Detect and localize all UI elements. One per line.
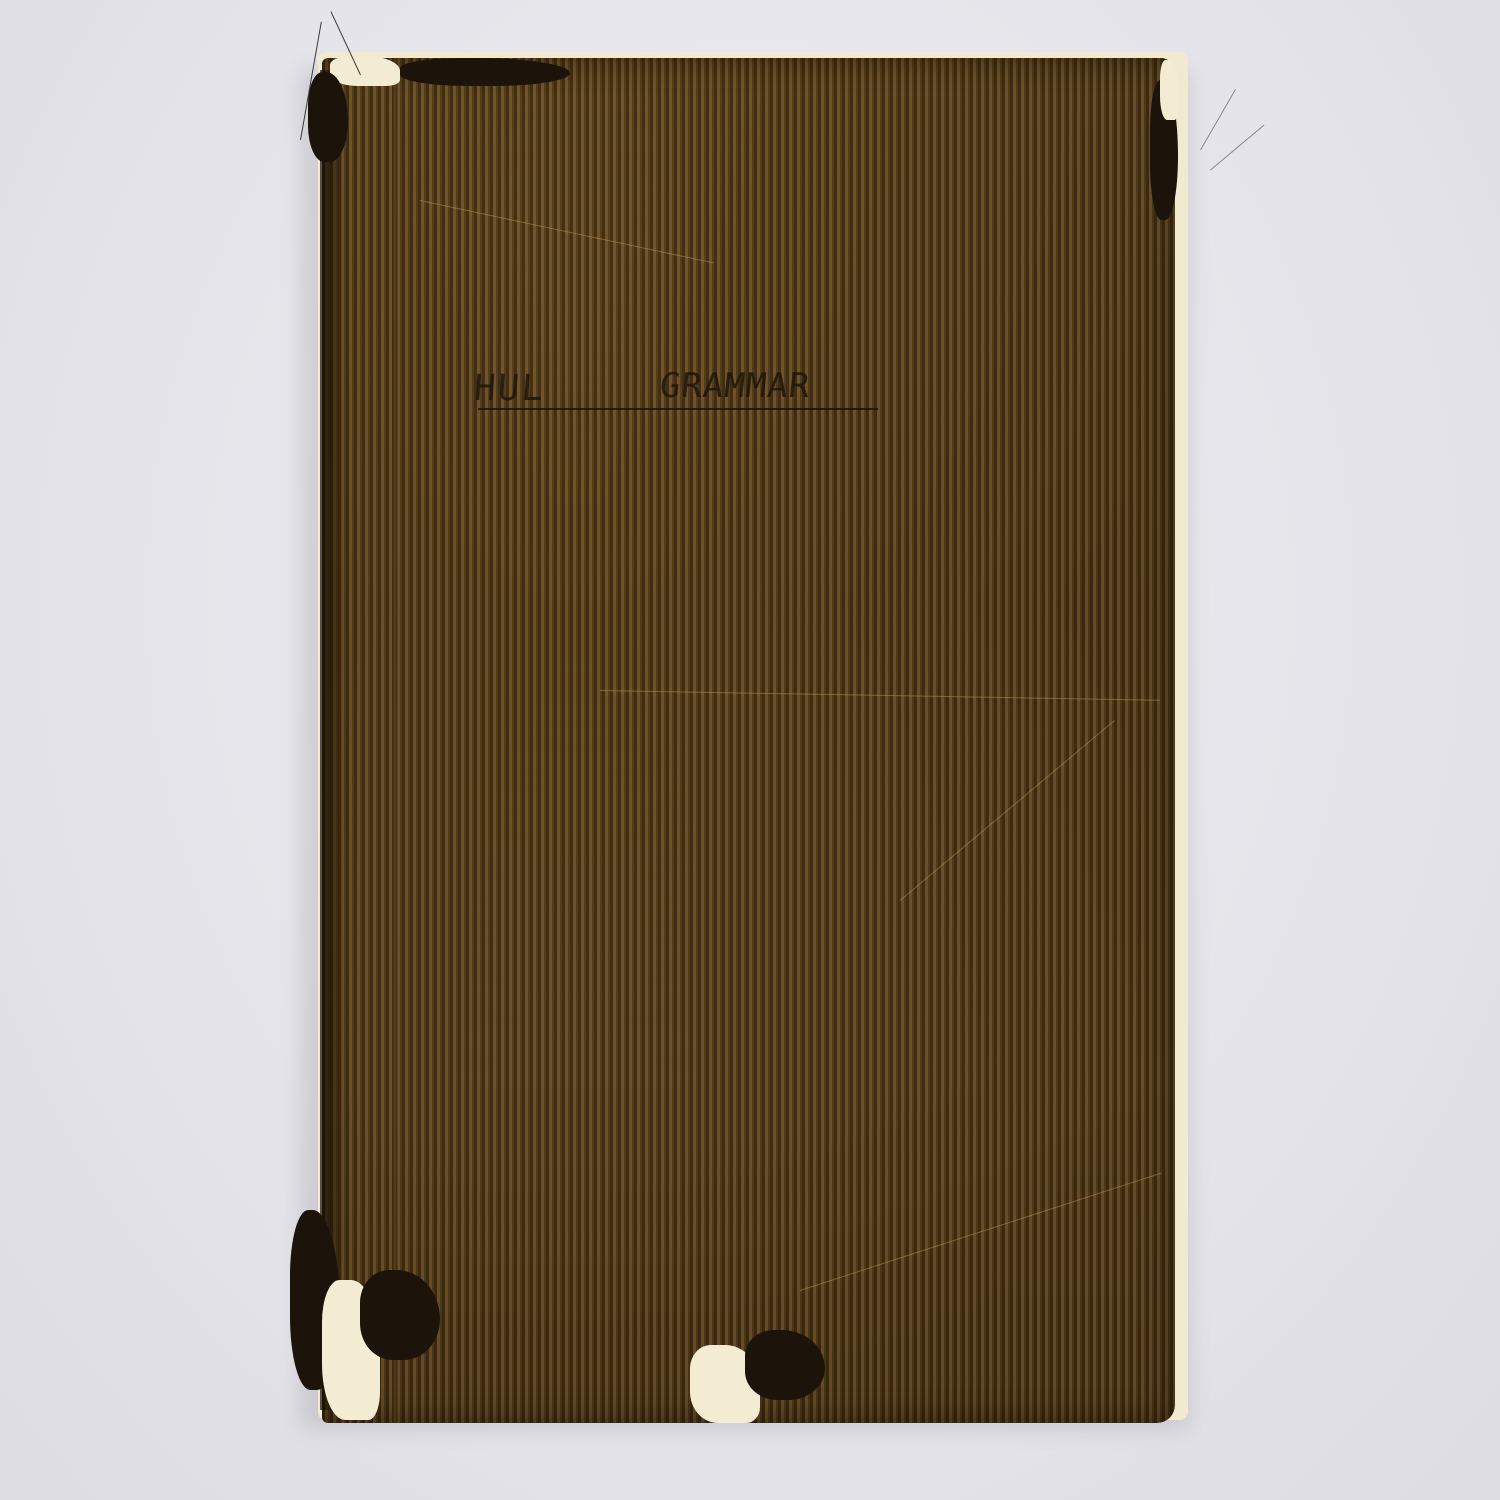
title-underline bbox=[478, 408, 878, 410]
spine-crease bbox=[392, 58, 398, 1423]
loose-thread bbox=[1210, 125, 1264, 171]
title-right-text: GRAMMAR bbox=[658, 366, 813, 406]
tear-top bbox=[400, 58, 570, 86]
book-cover bbox=[322, 58, 1175, 1423]
photo-scene: HUL GRAMMAR bbox=[0, 0, 1500, 1500]
exposed-page-top-left bbox=[330, 56, 400, 86]
handwritten-title: HUL GRAMMAR bbox=[468, 362, 878, 414]
loose-thread bbox=[1200, 89, 1236, 150]
title-left-text: HUL bbox=[473, 368, 547, 409]
exposed-page-top-right bbox=[1160, 60, 1178, 120]
spine-edge bbox=[320, 70, 342, 1410]
